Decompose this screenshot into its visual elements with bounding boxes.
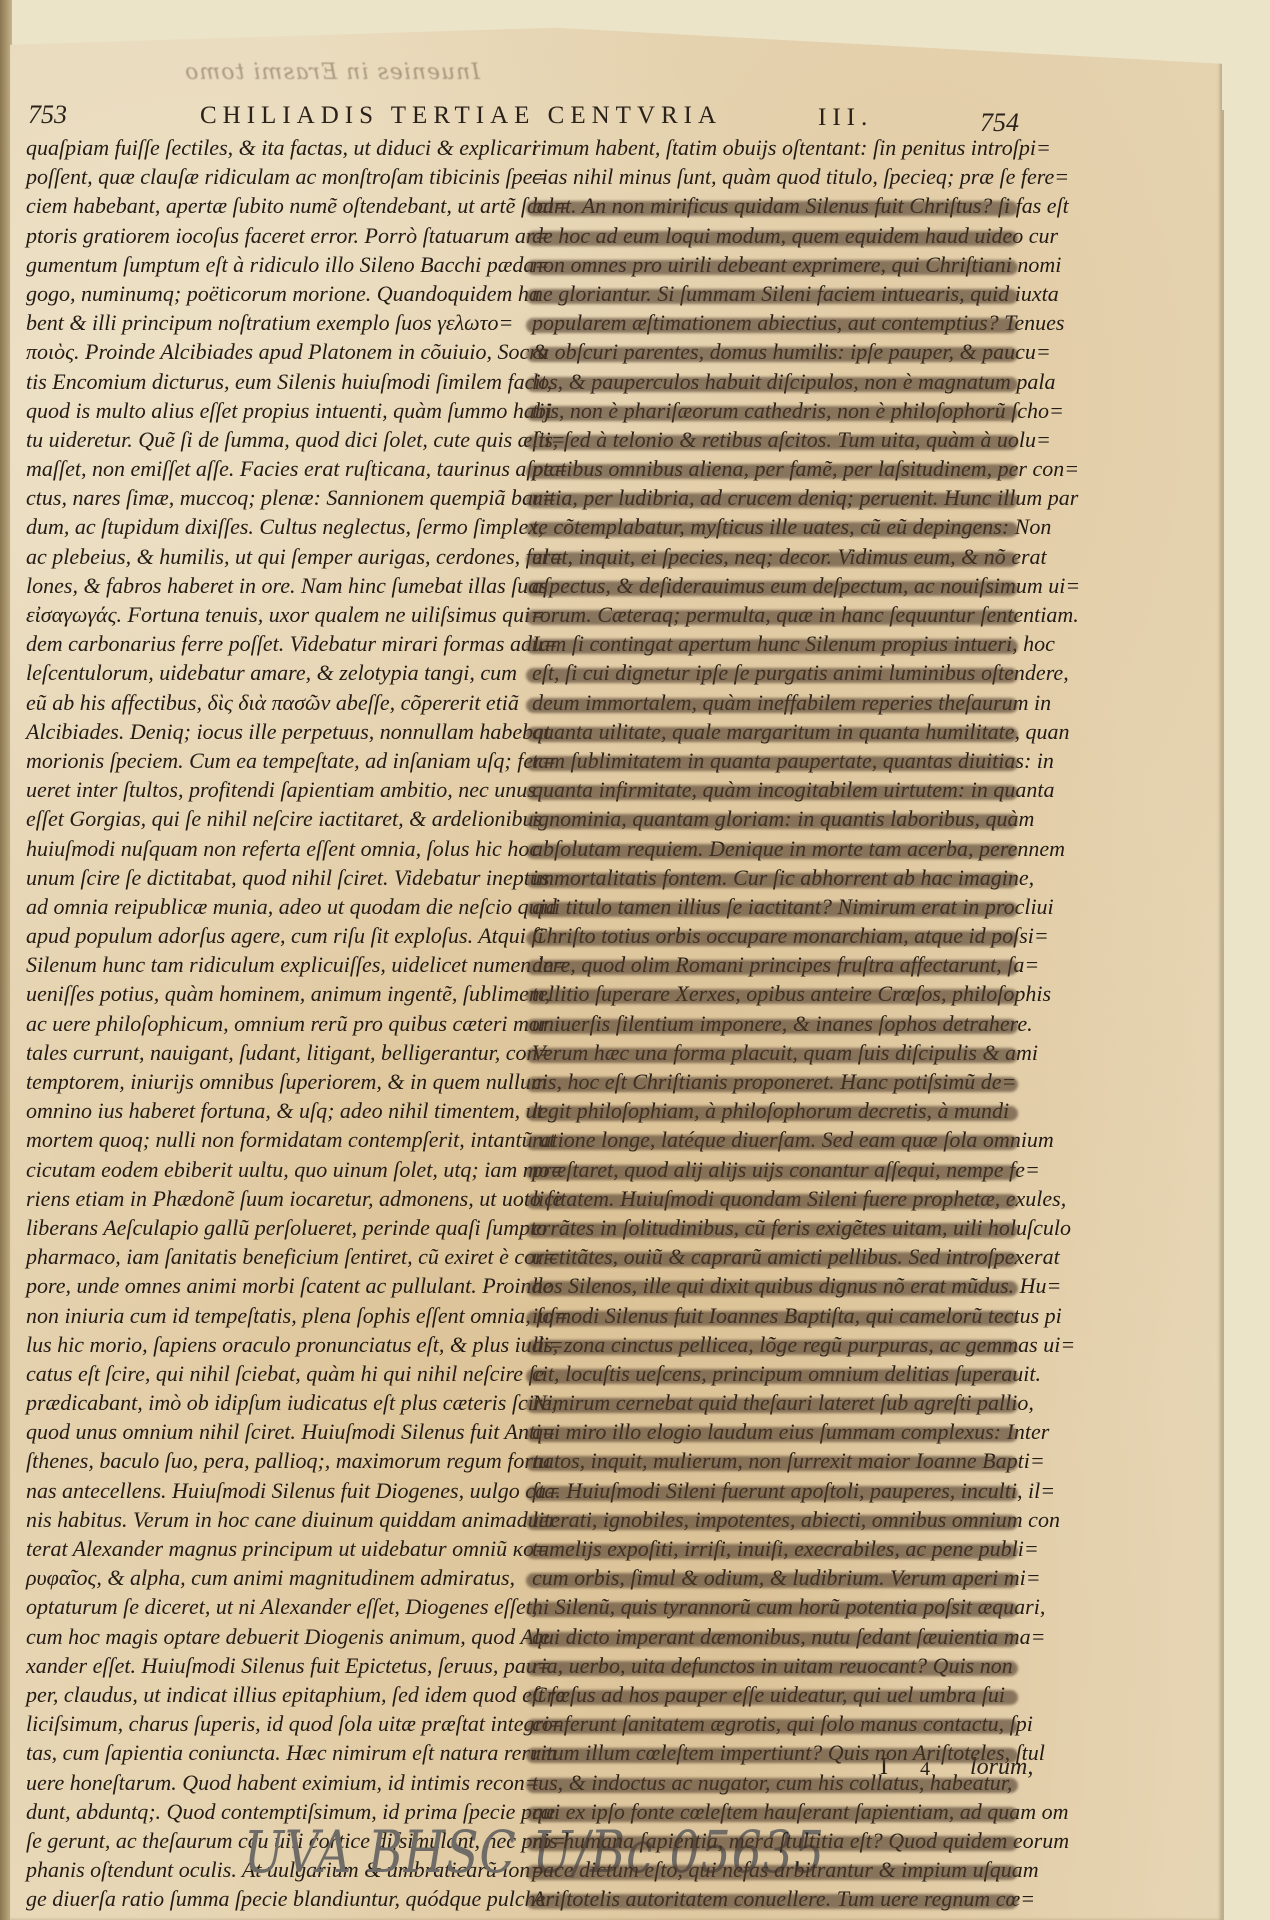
- line-text: abſolutam requiem. Denique in morte tam …: [532, 836, 1065, 861]
- text-line: ptoris gratiorem iocoſus faceret error. …: [26, 221, 486, 250]
- struck-through-line: lis, zona cinctus pellicea, lõge regũ pu…: [532, 1330, 1012, 1359]
- text-line: mortem quoq; nulli non formidatam contem…: [26, 1125, 486, 1154]
- text-line: tis Encomium dicturus, eum Silenis huiuſ…: [26, 367, 486, 396]
- struck-through-line: iuſmodi Silenus fuit Ioannes Baptiſta, q…: [532, 1301, 1012, 1330]
- struck-through-line: rorum. Cæteraq; permulta, quæ in hanc ſe…: [532, 600, 1012, 629]
- text-line: prædicabant, imò ob idipſum iudicatus eſ…: [26, 1388, 486, 1417]
- line-text: conferunt ſanitatem ægrotis, qui ſolo ma…: [532, 1711, 1033, 1736]
- line-text: natos, inquit, mulierum, non ſurrexit ma…: [532, 1448, 1045, 1473]
- line-text: tam ſublimitatem in quanta paupertate, q…: [532, 748, 1054, 773]
- text-line: riens etiam in Phædonẽ ſuum iocaretur, a…: [26, 1184, 486, 1213]
- text-line: catus eſt ſcire, qui nihil ſciebat, quàm…: [26, 1359, 486, 1388]
- line-text: uitia, per ludibria, ad crucem deniq; pe…: [532, 485, 1078, 510]
- right-text-column-redacted: rimum habent, ſtatim obuijs oſtentant: ſ…: [532, 133, 1012, 1913]
- line-text: pace dictum eſto, qui nefas arbitrantur …: [532, 1857, 1039, 1882]
- line-text: non omnes pro uirili debeant exprimere, …: [532, 252, 1061, 277]
- line-text: erat, inquit, ei ſpecies, neq; decor. Vi…: [532, 544, 1047, 569]
- text-line: eũ ab his affectibus, δὶς διὰ πασῶν abeſ…: [26, 688, 486, 717]
- line-text: ria, uerbo, uita defunctos in uitam reuo…: [532, 1653, 1013, 1678]
- struck-through-line: Chriſto totius orbis occupare monarchiam…: [532, 921, 1012, 950]
- struck-through-line: natos, inquit, mulierum, non ſurrexit ma…: [532, 1446, 1012, 1475]
- text-line: huiuſmodi nuſquam non referta eſſent omn…: [26, 834, 486, 863]
- struck-through-line: quanta uilitate, quale margaritum in qua…: [532, 717, 1012, 746]
- struck-through-line: qui titulo tamen illius ſe iactitant? Ni…: [532, 892, 1012, 921]
- text-line: nis habitus. Verum in hoc cane diuinum q…: [26, 1505, 486, 1534]
- struck-through-line: Ariſtotelis autoritatem conuellere. Tum …: [532, 1884, 1012, 1913]
- line-text: Verum hæc una forma placuit, quam ſuis d…: [532, 1040, 1038, 1065]
- line-text: Ariſtotelis autoritatem conuellere. Tum …: [532, 1886, 1035, 1911]
- text-line: cias nihil minus ſunt, quàm quod titulo,…: [532, 162, 1012, 191]
- text-line: temptorem, iniurijs omnibus ſuperiorem, …: [26, 1067, 486, 1096]
- text-line: pharmaco, iam ſanitatis beneficium ſenti…: [26, 1242, 486, 1271]
- text-line: ac uere philoſophicum, omnium rerũ pro q…: [26, 1009, 486, 1038]
- century-number: III.: [818, 104, 873, 132]
- text-line: dem carbonarius ferre poſſet. Videbatur …: [26, 629, 486, 658]
- struck-through-line: eſt, ſi cui dignetur ipſe ſe purgatis an…: [532, 658, 1012, 687]
- struck-through-line: Verum hæc una forma placuit, quam ſuis d…: [532, 1038, 1012, 1067]
- text-line: ctus, nares ſimæ, muccoq; plenæ: Sannion…: [26, 483, 486, 512]
- text-line: ad omnia reipublicæ munia, adeo ut quoda…: [26, 892, 486, 921]
- struck-through-line: qui ex ipſo fonte cœleſtem hauſerant ſap…: [532, 1797, 1012, 1826]
- text-line: bent & illi principum noſtratium exemplo…: [26, 308, 486, 337]
- line-text: cias nihil minus ſunt, quàm quod titulo,…: [532, 164, 1069, 189]
- line-text: rimum habent, ſtatim obuijs oſtentant: ſ…: [532, 135, 1051, 160]
- text-line: quaſpiam fuiſſe ſectiles, & ita factas, …: [26, 133, 486, 162]
- struck-through-line: aſpectus, & deſiderauimus eum deſpectum,…: [532, 571, 1012, 600]
- struck-through-line: ria, uerbo, uita defunctos in uitam reuo…: [532, 1651, 1012, 1680]
- line-text: quanta uilitate, quale margaritum in qua…: [532, 719, 1070, 744]
- line-text: eſt, ſi cui dignetur ipſe ſe purgatis an…: [532, 660, 1069, 685]
- struck-through-line: hos Silenos, ille qui dixit quibus dignu…: [532, 1271, 1012, 1300]
- text-line: pore, unde omnes animi morbi ſcatent ac …: [26, 1271, 486, 1300]
- struck-through-line: qui miro illo elogio laudum eius ſummam …: [532, 1417, 1012, 1446]
- text-line: tu uideretur. Quẽ ſi de ſumma, quod dici…: [26, 425, 486, 454]
- struck-through-line: ignominia, quantam gloriam: in quantis l…: [532, 804, 1012, 833]
- struck-through-line: conferunt ſanitatem ægrotis, qui ſolo ma…: [532, 1709, 1012, 1738]
- line-text: te cõtemplabatur, myſticus ille uates, c…: [532, 514, 1051, 539]
- struck-through-line: abſolutam requiem. Denique in morte tam …: [532, 834, 1012, 863]
- text-line: morionis ſpeciem. Cum ea tempeſtate, ad …: [26, 746, 486, 775]
- page-number-left: 753: [28, 100, 67, 130]
- line-text: nis humana ſapientia, mera ſtultitia eſt…: [532, 1828, 1069, 1853]
- text-line: Alcibiades. Deniq; iocus ille perpetuus,…: [26, 717, 486, 746]
- text-line: ποιὸς. Proinde Alcibiades apud Platonem …: [26, 337, 486, 366]
- text-line: ueret inter ſtultos, profitendi ſapienti…: [26, 775, 486, 804]
- struck-through-line: quanta infirmitate, quàm incogitabilem u…: [532, 775, 1012, 804]
- line-text: ritum illum cœleſtem impertiunt? Quis no…: [532, 1740, 1045, 1765]
- line-text: Crœſus ad hos pauper eſſe uideatur, qui …: [532, 1682, 1005, 1707]
- text-line: ac plebeius, & humilis, ut qui ſemper au…: [26, 542, 486, 571]
- line-text: los, & pauperculos habuit diſcipulos, no…: [532, 369, 1056, 394]
- struck-through-line: erat, inquit, ei ſpecies, neq; decor. Vi…: [532, 542, 1012, 571]
- struck-through-line: tijs, non è phariſæorum cathedris, non è…: [532, 396, 1012, 425]
- line-text: tijs, non è phariſæorum cathedris, non è…: [532, 398, 1064, 423]
- text-line: cum hoc magis optare debuerit Diogenis a…: [26, 1622, 486, 1651]
- struck-through-line: nis humana ſapientia, mera ſtultitia eſt…: [532, 1826, 1012, 1855]
- struck-through-line: ratione longe, latéque diuerſam. Sed eam…: [532, 1125, 1012, 1154]
- line-text: Chriſto totius orbis occupare monarchiam…: [532, 923, 1049, 948]
- line-text: hos Silenos, ille qui dixit quibus dignu…: [532, 1273, 1061, 1298]
- page-edge: [1222, 110, 1224, 1920]
- struck-through-line: cum orbis, ſimul & odium, & ludibrium. V…: [532, 1563, 1012, 1592]
- struck-through-line: dere, quod olim Romani principes fruſtra…: [532, 950, 1012, 979]
- struck-through-line: tumelijs expoſiti, irriſi, inuiſi, execr…: [532, 1534, 1012, 1563]
- text-line: optaturum ſe diceret, ut ni Alexander eſ…: [26, 1592, 486, 1621]
- text-line: apud populum adorſus agere, cum riſu ſit…: [26, 921, 486, 950]
- line-text: qui miro illo elogio laudum eius ſummam …: [532, 1419, 1049, 1444]
- line-text: aſpectus, & deſiderauimus eum deſpectum,…: [532, 573, 1080, 598]
- text-line: tales currunt, nauigant, ſudant, litigan…: [26, 1038, 486, 1067]
- line-text: ratione longe, latéque diuerſam. Sed eam…: [532, 1127, 1054, 1152]
- line-text: ne gloriantur. Si ſummam Sileni faciem i…: [532, 281, 1059, 306]
- line-text: literati, ignobiles, impotentes, abiecti…: [532, 1507, 1060, 1532]
- struck-through-line: literati, ignobiles, impotentes, abiecti…: [532, 1505, 1012, 1534]
- struck-through-line: cis, hoc eſt Chriſtianis proponeret. Han…: [532, 1067, 1012, 1096]
- line-text: lis, zona cinctus pellicea, lõge regũ pu…: [532, 1332, 1075, 1357]
- struck-through-line: immortalitatis fontem. Cur ſic abhorrent…: [532, 863, 1012, 892]
- text-line: quod is multo alius eſſet propius intuen…: [26, 396, 486, 425]
- text-line: tas, cum ſapientia coniuncta. Hæc nimiru…: [26, 1738, 486, 1767]
- struck-through-line: uniuerſis ſilentium imponere, & inanes ſ…: [532, 1009, 1012, 1038]
- struck-through-line: & obſcuri parentes, domus humilis: ipſe …: [532, 337, 1012, 366]
- struck-through-line: Nimirum cernebat quid theſauri lateret ſ…: [532, 1388, 1012, 1417]
- line-text: tellitio ſuperare Xerxes, opibus anteire…: [532, 981, 1051, 1006]
- line-text: hi Silenũ, quis tyrannorũ cum horũ poten…: [532, 1594, 1045, 1619]
- struck-through-line: ptatibus omnibus aliena, per famẽ, per l…: [532, 454, 1012, 483]
- text-line: ciem habebant, apertæ ſubito numẽ oſtend…: [26, 191, 486, 220]
- text-line: gogo, numinumq; poëticorum morione. Quan…: [26, 279, 486, 308]
- struck-through-line: qui dicto imperant dæmonibus, nutu ſedan…: [532, 1622, 1012, 1651]
- text-line: liberans Aeſculapio gallũ perſolueret, p…: [26, 1213, 486, 1242]
- struck-through-line: uitia, per ludibria, ad crucem deniq; pe…: [532, 483, 1012, 512]
- struck-through-line: popularem æſtimationem abiectius, aut co…: [532, 308, 1012, 337]
- line-text: qui titulo tamen illius ſe iactitant? Ni…: [532, 894, 1054, 919]
- left-text-column: quaſpiam fuiſſe ſectiles, & ita factas, …: [26, 133, 486, 1913]
- line-text: lis, ſed à telonio & retibus aſcitos. Tu…: [532, 427, 1051, 452]
- struck-through-line: præſtaret, quod alij alijs uijs conantur…: [532, 1155, 1012, 1184]
- line-text: dere, quod olim Romani principes fruſtra…: [532, 952, 1039, 977]
- line-text: qui ex ipſo fonte cœleſtem hauſerant ſap…: [532, 1799, 1068, 1824]
- text-line: terat Alexander magnus principum ut uide…: [26, 1534, 486, 1563]
- struck-through-line: lis, ſed à telonio & retibus aſcitos. Tu…: [532, 425, 1012, 454]
- struck-through-line: ritum illum cœleſtem impertiunt? Quis no…: [532, 1738, 1012, 1767]
- struck-through-line: pace dictum eſto, qui nefas arbitrantur …: [532, 1855, 1012, 1884]
- line-text: & obſcuri parentes, domus humilis: ipſe …: [532, 339, 1051, 364]
- text-line: ρυφαῖος, & alpha, cum animi magnitudinem…: [26, 1563, 486, 1592]
- text-line: gumentum ſumptum eſt à ridiculo illo Sil…: [26, 250, 486, 279]
- line-text: ptatibus omnibus aliena, per famẽ, per l…: [532, 456, 1079, 481]
- line-text: ſta. Huiuſmodi Sileni fuerunt apoſtoli, …: [532, 1478, 1055, 1503]
- text-line: xander eſſet. Huiuſmodi Silenus fuit Epi…: [26, 1651, 486, 1680]
- struck-through-line: legit philoſophiam, à philoſophorum decr…: [532, 1096, 1012, 1125]
- line-text: ignominia, quantam gloriam: in quantis l…: [532, 806, 1034, 831]
- text-line: leſcentulorum, uidebatur amare, & zeloty…: [26, 658, 486, 687]
- running-title: CHILIADIS TERTIAE CENTVRIA: [200, 102, 722, 130]
- text-line: nas antecellens. Huiuſmodi Silenus fuit …: [26, 1476, 486, 1505]
- struck-through-line: licitatem. Huiuſmodi quondam Sileni fuer…: [532, 1184, 1012, 1213]
- line-text: popularem æſtimationem abiectius, aut co…: [532, 310, 1064, 335]
- line-text: tus, & indoctus ac nugator, cum his coll…: [532, 1770, 1012, 1795]
- struck-through-line: te cõtemplabatur, myſticus ille uates, c…: [532, 512, 1012, 541]
- struck-through-line: uictitãtes, ouiũ & caprarũ amicti pellib…: [532, 1242, 1012, 1271]
- line-text: errãtes in ſolitudinibus, cũ feris exigẽ…: [532, 1215, 1071, 1240]
- text-line: quod unus omnium nihil ſciret. Huiuſmodi…: [26, 1417, 486, 1446]
- line-text: Nimirum cernebat quid theſauri lateret ſ…: [532, 1390, 1034, 1415]
- line-text: immortalitatis fontem. Cur ſic abhorrent…: [532, 865, 1034, 890]
- text-line: non iniuria cum id tempeſtatis, plena ſo…: [26, 1301, 486, 1330]
- struck-through-line: deum immortalem, quàm ineffabilem reperi…: [532, 688, 1012, 717]
- text-line: lus hic morio, ſapiens oraculo pronuncia…: [26, 1330, 486, 1359]
- text-line: per, claudus, ut indicat illius epitaphi…: [26, 1680, 486, 1709]
- text-line: liciſsimum, charus ſuperis, id quod ſola…: [26, 1709, 486, 1738]
- text-line: maſſet, non emiſſet aſſe. Facies erat ru…: [26, 454, 486, 483]
- struck-through-line: non omnes pro uirili debeant exprimere, …: [532, 250, 1012, 279]
- line-text: quanta infirmitate, quàm incogitabilem u…: [532, 777, 1054, 802]
- line-text: legit philoſophiam, à philoſophorum decr…: [532, 1098, 1009, 1123]
- text-line: cicutam eodem ebiberit uultu, quo uinum …: [26, 1155, 486, 1184]
- line-text: uniuerſis ſilentium imponere, & inanes ſ…: [532, 1011, 1033, 1036]
- text-line: lones, & fabros haberet in ore. Nam hinc…: [26, 571, 486, 600]
- line-text: qui dicto imperant dæmonibus, nutu ſedan…: [532, 1624, 1046, 1649]
- struck-through-line: Crœſus ad hos pauper eſſe uideatur, qui …: [532, 1680, 1012, 1709]
- text-line: ge diuerſa ratio ſumma ſpecie blandiuntu…: [26, 1884, 486, 1913]
- text-line: rimum habent, ſtatim obuijs oſtentant: ſ…: [532, 133, 1012, 162]
- struck-through-line: bant. An non mirificus quidam Silenus fu…: [532, 191, 1012, 220]
- line-text: iuſmodi Silenus fuit Ioannes Baptiſta, q…: [532, 1303, 1062, 1328]
- bleed-through-text: Inuenies in Erasmi tomo: [80, 60, 480, 94]
- text-line: eſſet Gorgias, qui ſe nihil neſcire iact…: [26, 804, 486, 833]
- line-text: tumelijs expoſiti, irriſi, inuiſi, execr…: [532, 1536, 1039, 1561]
- text-line: poſſent, quæ clauſæ ridiculam ac monſtro…: [26, 162, 486, 191]
- struck-through-line: de hoc ad eum loqui modum, quem equidem …: [532, 221, 1012, 250]
- text-line: Silenum hunc tam ridiculum explicuiſſes,…: [26, 950, 486, 979]
- line-text: Iam ſi contingat apertum hunc Silenum pr…: [532, 631, 1055, 656]
- line-text: cit, locuſtis ueſcens, principum omnium …: [532, 1361, 1041, 1386]
- struck-through-line: tam ſublimitatem in quanta paupertate, q…: [532, 746, 1012, 775]
- text-line: omnino ius haberet fortuna, & uſq; adeo …: [26, 1096, 486, 1125]
- struck-through-line: cit, locuſtis ueſcens, principum omnium …: [532, 1359, 1012, 1388]
- line-text: cis, hoc eſt Chriſtianis proponeret. Han…: [532, 1069, 1016, 1094]
- struck-through-line: los, & pauperculos habuit diſcipulos, no…: [532, 367, 1012, 396]
- line-text: deum immortalem, quàm ineffabilem reperi…: [532, 690, 1051, 715]
- text-line: dum, ac ſtupidum dixiſſes. Cultus neglec…: [26, 512, 486, 541]
- struck-through-line: tellitio ſuperare Xerxes, opibus anteire…: [532, 979, 1012, 1008]
- line-text: licitatem. Huiuſmodi quondam Sileni fuer…: [532, 1186, 1066, 1211]
- struck-through-line: Iam ſi contingat apertum hunc Silenum pr…: [532, 629, 1012, 658]
- text-line: εἰσαγωγάς. Fortuna tenuis, uxor qualem n…: [26, 600, 486, 629]
- line-text: bant. An non mirificus quidam Silenus fu…: [532, 193, 1069, 218]
- text-line: uere honeſtarum. Quod habent eximium, id…: [26, 1768, 486, 1797]
- line-text: rorum. Cæteraq; permulta, quæ in hanc ſe…: [532, 602, 1079, 627]
- text-line: ueniſſes potius, quàm hominem, animum in…: [26, 979, 486, 1008]
- struck-through-line: tus, & indoctus ac nugator, cum his coll…: [532, 1768, 1012, 1797]
- struck-through-line: ne gloriantur. Si ſummam Sileni faciem i…: [532, 279, 1012, 308]
- text-line: unum ſcire ſe dictitabat, quod nihil ſci…: [26, 863, 486, 892]
- struck-through-line: ſta. Huiuſmodi Sileni fuerunt apoſtoli, …: [532, 1476, 1012, 1505]
- struck-through-line: hi Silenũ, quis tyrannorũ cum horũ poten…: [532, 1592, 1012, 1621]
- line-text: cum orbis, ſimul & odium, & ludibrium. V…: [532, 1565, 1041, 1590]
- line-text: uictitãtes, ouiũ & caprarũ amicti pellib…: [532, 1244, 1060, 1269]
- line-text: de hoc ad eum loqui modum, quem equidem …: [532, 223, 1058, 248]
- struck-through-line: errãtes in ſolitudinibus, cũ feris exigẽ…: [532, 1213, 1012, 1242]
- text-line: ſthenes, baculo ſuo, pera, pallioq;, max…: [26, 1446, 486, 1475]
- running-head: 753 CHILIADIS TERTIAE CENTVRIA III. 754: [28, 100, 1013, 130]
- line-text: præſtaret, quod alij alijs uijs conantur…: [532, 1157, 1040, 1182]
